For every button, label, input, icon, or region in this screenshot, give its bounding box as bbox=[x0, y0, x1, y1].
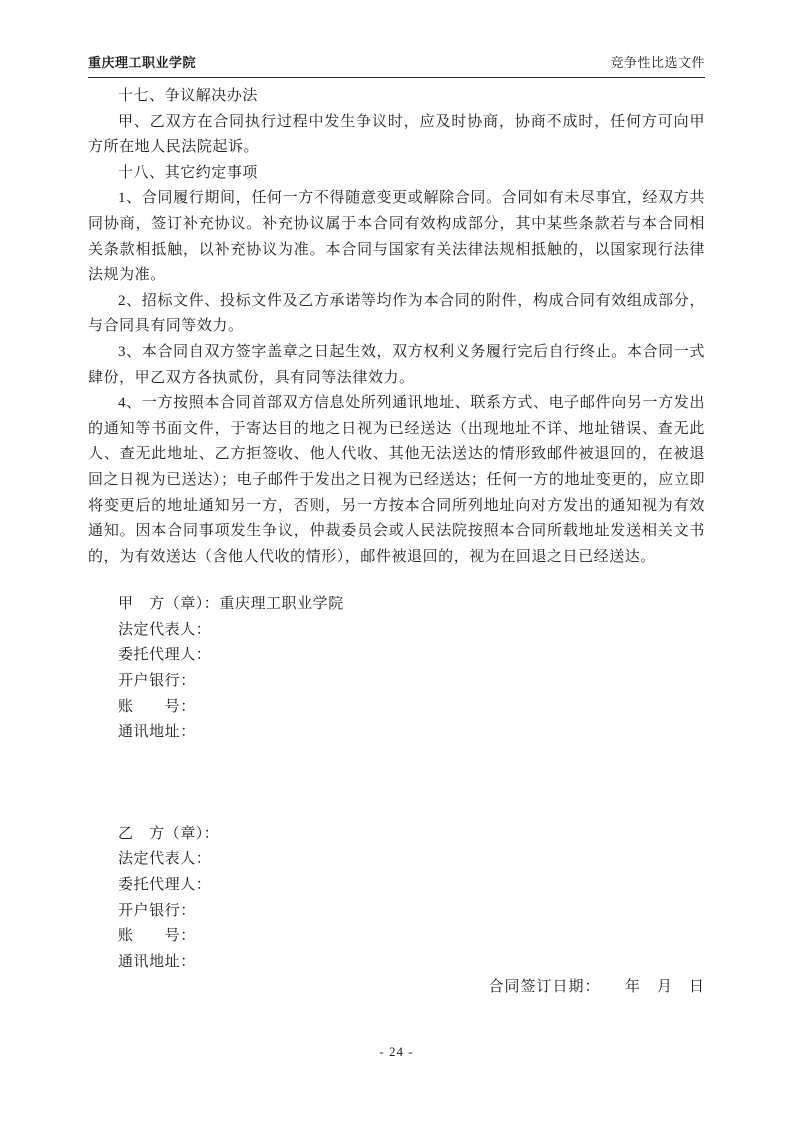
document-page: 重庆理工职业学院 竞争性比选文件 十七、争议解决办法 甲、乙双方在合同执行过程中… bbox=[0, 0, 793, 1122]
party-b-signature-block: 乙 方（章）： 法定代表人： 委托代理人： 开户银行： 账 号： 通讯地址： bbox=[88, 822, 705, 976]
contract-sign-date-line: 合同签订日期： 年 月 日 bbox=[88, 975, 705, 1001]
party-b-agent-line: 委托代理人： bbox=[88, 873, 705, 899]
party-a-seal-value: 重庆理工职业学院 bbox=[219, 596, 343, 612]
party-a-signature-block: 甲 方（章）：重庆理工职业学院 法定代表人： 委托代理人： 开户银行： 账 号：… bbox=[88, 592, 705, 746]
contract-body: 十七、争议解决办法 甲、乙双方在合同执行过程中发生争议时，应及时协商，协商不成时… bbox=[88, 84, 705, 1001]
party-b-bank-line: 开户银行： bbox=[88, 899, 705, 925]
party-b-address-line: 通讯地址： bbox=[88, 950, 705, 976]
section-heading-17: 十七、争议解决办法 bbox=[88, 84, 705, 110]
party-a-address-line: 通讯地址： bbox=[88, 720, 705, 746]
section-heading-18: 十八、其它约定事项 bbox=[88, 161, 705, 187]
party-a-legal-rep-line: 法定代表人： bbox=[88, 618, 705, 644]
party-a-account-line: 账 号： bbox=[88, 695, 705, 721]
header-organization-name: 重庆理工职业学院 bbox=[88, 55, 196, 71]
clause-1-paragraph: 1、合同履行期间，任何一方不得随意变更或解除合同。合同如有未尽事宜，经双方共同协… bbox=[88, 186, 705, 288]
page-number: - 24 - bbox=[0, 1044, 793, 1060]
party-b-account-line: 账 号： bbox=[88, 924, 705, 950]
party-a-bank-line: 开户银行： bbox=[88, 669, 705, 695]
clause-3-paragraph: 3、本合同自双方签字盖章之日起生效，双方权利义务履行完后自行终止。本合同一式肆份… bbox=[88, 340, 705, 391]
party-a-seal-line: 甲 方（章）：重庆理工职业学院 bbox=[88, 592, 705, 618]
party-b-legal-rep-line: 法定代表人： bbox=[88, 847, 705, 873]
dispute-resolution-paragraph: 甲、乙双方在合同执行过程中发生争议时，应及时协商，协商不成时，任何方可向甲方所在… bbox=[88, 110, 705, 161]
header-document-type: 竞争性比选文件 bbox=[610, 55, 705, 71]
clause-4-paragraph: 4、一方按照本合同首部双方信息处所列通讯地址、联系方式、电子邮件向另一方发出的通… bbox=[88, 391, 705, 570]
party-b-seal-label: 乙 方（章）： bbox=[118, 826, 219, 842]
party-a-agent-line: 委托代理人： bbox=[88, 643, 705, 669]
clause-2-paragraph: 2、招标文件、投标文件及乙方承诺等均作为本合同的附件，构成合同有效组成部分，与合… bbox=[88, 289, 705, 340]
page-header: 重庆理工职业学院 竞争性比选文件 bbox=[88, 55, 705, 78]
party-a-seal-label: 甲 方（章）： bbox=[118, 596, 219, 612]
party-b-seal-line: 乙 方（章）： bbox=[88, 822, 705, 848]
